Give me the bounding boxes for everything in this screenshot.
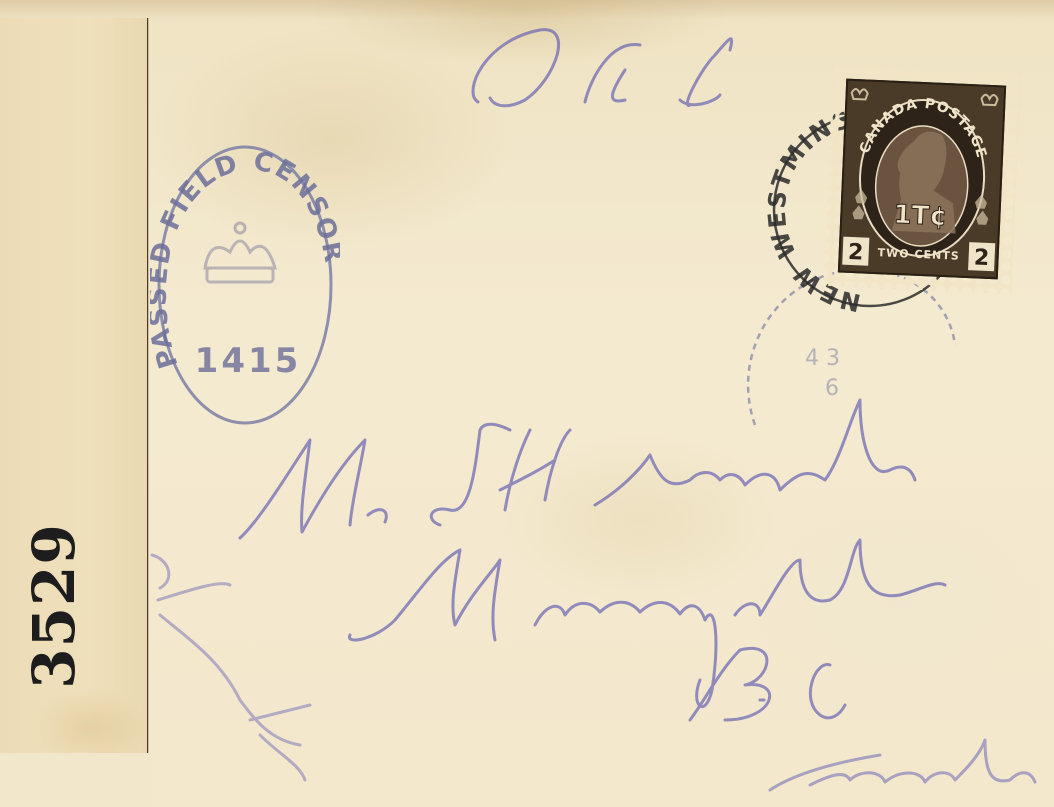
handwritten-country <box>770 740 1035 790</box>
handwritten-margin-note <box>152 555 310 780</box>
handwritten-name <box>240 400 915 538</box>
handwritten-town <box>349 540 945 707</box>
handwritten-province <box>690 648 845 720</box>
envelope: 3529 PASSED FIELD CENSOR 1415 4 3 6 <box>0 0 1054 807</box>
handwritten-top-note <box>473 30 732 106</box>
